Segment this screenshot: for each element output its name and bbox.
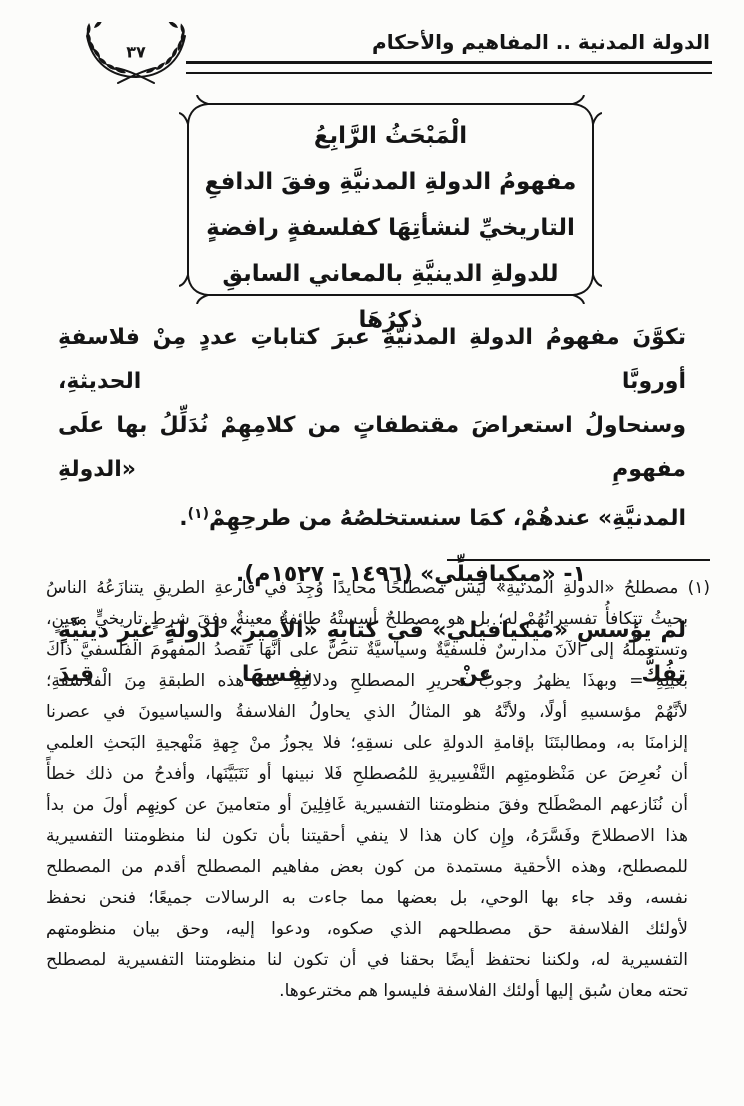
footnote-line: تحته معان سُبق إليها أولئك الفلاسفة فليس… <box>46 976 710 1007</box>
chapter-title-box: الْمَبْحَثُ الرَّابِعُ مفهومُ الدولةِ ال… <box>188 104 593 295</box>
paragraph-1-line-3: المدنيَّةِ» عندهُمْ، كمَا سنستخلصُهُ من … <box>58 492 686 541</box>
footnote-line: أن نُنَازعهم المصْطَلح وفقَ منظومتنا الت… <box>46 790 710 821</box>
footnote-line: بعينِهِ = وبهذَا يظهرُ وجوبُ تحريرِ المص… <box>46 666 710 697</box>
footnote-line: لأولئك الفلاسفة حق مصطلحهم الذي صكوه، ود… <box>46 914 710 945</box>
footnote-line: (١) مصطلحُ «الدولةِ المدنيةِ» ليس مصطلحً… <box>46 573 710 604</box>
footnote-line: التفسيرية له، ولكننا نحتفظ أيضًا بحقنا ف… <box>46 945 710 976</box>
chapter-title-line-1: الْمَبْحَثُ الرَّابِعُ <box>188 113 593 159</box>
footnote-line: وتستعملُهُ إلى الآنَ مدارسٌ فلسفيَّةٌ وس… <box>46 635 710 666</box>
header-double-rule <box>186 61 712 74</box>
footnote-marker: (١) <box>688 578 710 598</box>
chapter-title-line-3: التاريخيِّ لنشأتِهَا كفلسفةٍ رافضةٍ <box>188 205 593 251</box>
chapter-title-line-2: مفهومُ الدولةِ المدنيَّةِ وفقَ الدافعِ <box>188 159 593 205</box>
footnote-line: لأنَّهُمْ مؤسسيهِ أولًا، ولأنَّهُ هو الم… <box>46 697 710 728</box>
paragraph-1-end-punct: . <box>179 506 187 531</box>
page-number-ornament: ٣٧ <box>74 22 198 84</box>
book-page: { "header": { "title": "الدولة المدنية .… <box>0 0 744 1106</box>
page-number: ٣٧ <box>126 42 146 61</box>
running-head-title: الدولة المدنية .. المفاهيم والأحكام <box>372 30 710 54</box>
footnote-line-text: مصطلحُ «الدولةِ المدنيةِ» ليس مصطلحًا مح… <box>46 578 678 598</box>
footnote-line: إلزامنَا به، ومطالبتَنَا بإقامةِ الدولةِ… <box>46 728 710 759</box>
paragraph-1-line-2: وسنحاولُ استعراضَ مقتطفاتٍ من كلامِهِمْ … <box>58 404 686 492</box>
footnote-separator-rule <box>447 559 710 561</box>
footnote-block: (١) مصطلحُ «الدولةِ المدنيةِ» ليس مصطلحً… <box>46 573 710 1007</box>
footnote-line: للمصطلح، وهذه الأحقية مستمدة من كون بعض … <box>46 852 710 883</box>
paragraph-1-line-3-text: المدنيَّةِ» عندهُمْ، كمَا سنستخلصُهُ من … <box>209 506 686 531</box>
footnote-reference-mark: (١) <box>188 506 209 522</box>
footnote-line: بحيثُ تتكافأُ تفسيراتُهُمْ له؛ بل هو مصط… <box>46 604 710 635</box>
footnote-line: نفسه، وقد جاء بها الوحي، بل بعضها مما جا… <box>46 883 710 914</box>
paragraph-1-line-1: تكوَّنَ مفهومُ الدولةِ المدنيَّةِ عبرَ ك… <box>58 316 686 404</box>
footnote-line: أن نُعرِضَ عن مَنْظومتِهِم التَّفْسِيرية… <box>46 759 710 790</box>
footnote-line: هذا الاصطلاحَ وفَسَّرَهُ، وإِن كان هذا ل… <box>46 821 710 852</box>
